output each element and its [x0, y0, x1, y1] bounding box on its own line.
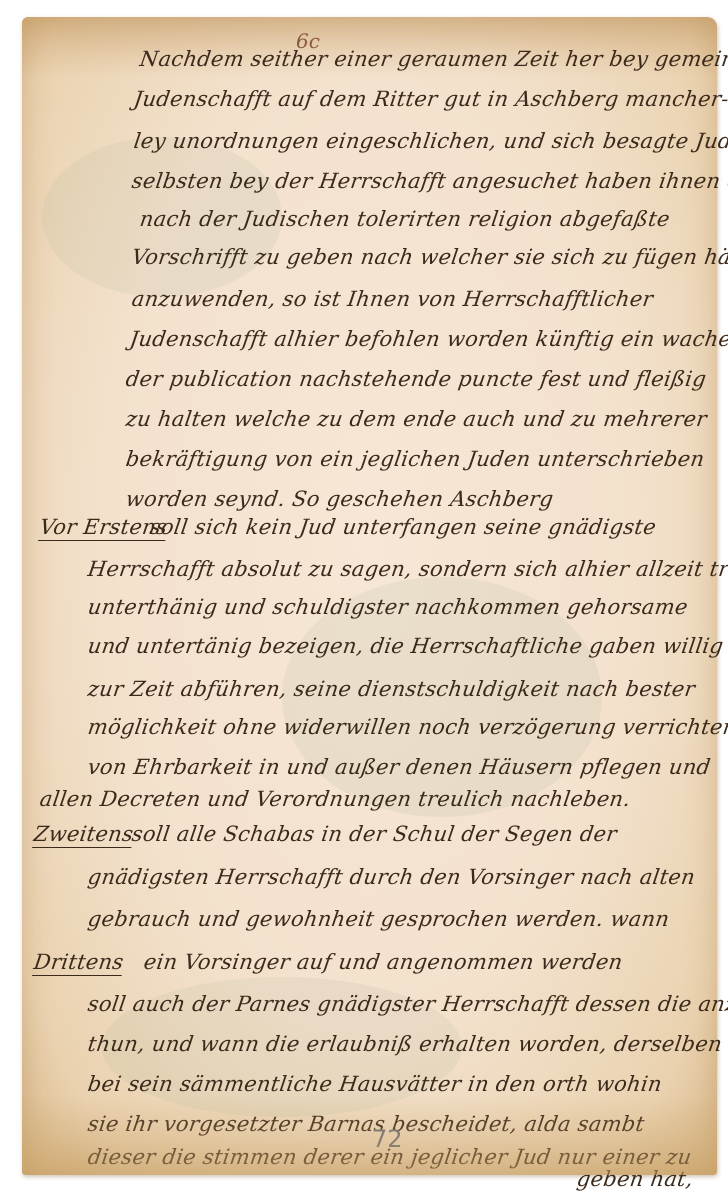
marginal-heading: Drittens [32, 950, 125, 974]
text-line: soll alle Schabas in der Schul der Segen… [130, 822, 618, 846]
marginal-heading: Zweitens [32, 822, 135, 846]
text-line: der publication nachstehende puncte fest… [124, 367, 708, 391]
text-line: nach der Judischen tolerirten religion a… [138, 207, 671, 231]
text-line: thun, und wann die erlaubniß erhalten wo… [86, 1032, 723, 1056]
text-line: sie ihr vorgesetzter Barnas bescheidet, … [86, 1112, 646, 1136]
text-line: zu halten welche zu dem ende auch und zu… [124, 407, 708, 431]
text-line: Herrschafft absolut zu sagen, sondern si… [86, 557, 728, 581]
text-line: allen Decreten und Verordnungen treulich… [38, 787, 632, 811]
text-line: Judenschafft alhier befohlen worden künf… [128, 327, 728, 351]
text-line: ein Vorsinger auf und angenommen werden [142, 950, 624, 974]
text-line: unterthänig und schuldigster nachkommen … [86, 595, 689, 619]
text-line: von Ehrbarkeit in und außer denen Häuser… [86, 755, 712, 779]
text-line: soll sich kein Jud unterfangen seine gnä… [148, 515, 657, 539]
text-line: worden seynd. So geschehen Aschberg [124, 487, 555, 511]
text-line: dieser die stimmen derer ein jeglicher J… [86, 1145, 693, 1169]
text-line: soll auch der Parnes gnädigster Herrscha… [86, 992, 728, 1016]
text-line: gebrauch und gewohnheit gesprochen werde… [86, 907, 671, 931]
text-line: bekräftigung von ein jeglichen Juden unt… [124, 447, 706, 471]
folio-number: 72 [372, 1125, 403, 1153]
text-line: Judenschafft auf dem Ritter gut in Aschb… [132, 87, 728, 111]
text-line: bei sein sämmentliche Hausvätter in den … [86, 1072, 663, 1096]
manuscript-page: 6c Nachdem seither einer geraumen Zeit h… [22, 17, 717, 1175]
text-line: möglichkeit ohne widerwillen noch verzög… [86, 715, 728, 739]
text-line: und untertänig bezeigen, die Herrschaftl… [86, 634, 728, 658]
text-line: zur Zeit abführen, seine dienstschuldigk… [86, 677, 696, 701]
text-line: Nachdem seither einer geraumen Zeit her … [138, 47, 728, 71]
text-line: geben hat, [575, 1167, 694, 1191]
text-line: selbsten bey der Herrschafft angesuchet … [130, 169, 728, 193]
text-line: gnädigsten Herrschafft durch den Vorsing… [86, 865, 696, 889]
text-line: ley unordnungen eingeschlichen, und sich… [132, 129, 728, 153]
text-line: anzuwenden, so ist Ihnen von Herrschafft… [130, 287, 654, 311]
text-line: Vorschrifft zu geben nach welcher sie si… [130, 245, 728, 269]
